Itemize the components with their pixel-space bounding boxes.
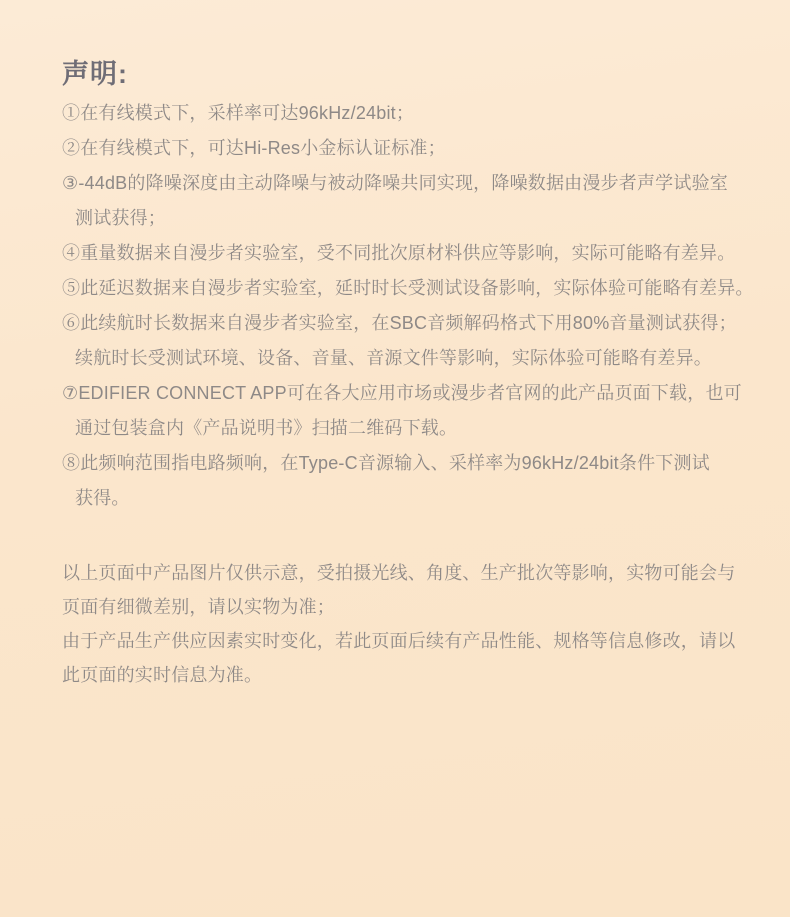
statement-item-7-line-1: ⑦EDIFIER CONNECT APP可在各大应用市场或漫步者官网的此产品页面…: [62, 376, 732, 411]
statement-item-3-line-2: 测试获得；: [62, 201, 732, 236]
statement-item-2-line-1: ②在有线模式下，可达Hi-Res小金标认证标准；: [62, 131, 732, 166]
statement-item-8: ⑧此频响范围指电路频响，在Type-C音源输入、采样率为96kHz/24bit条…: [62, 446, 732, 516]
statement-list: ①在有线模式下，采样率可达96kHz/24bit； ②在有线模式下，可达Hi-R…: [62, 96, 732, 516]
statement-item-5-line-1: ⑤此延迟数据来自漫步者实验室，延时时长受测试设备影响，实际体验可能略有差异。: [62, 271, 732, 306]
statement-item-1: ①在有线模式下，采样率可达96kHz/24bit；: [62, 96, 732, 131]
footer-paragraph-2-line-2: 此页面的实时信息为准。: [62, 658, 732, 692]
statement-item-7-line-2: 通过包装盒内《产品说明书》扫描二维码下载。: [62, 411, 732, 446]
footer-disclaimer: 以上页面中产品图片仅供示意，受拍摄光线、角度、生产批次等影响，实物可能会与 页面…: [62, 556, 732, 692]
footer-paragraph-2: 由于产品生产供应因素实时变化，若此页面后续有产品性能、规格等信息修改，请以 此页…: [62, 624, 732, 692]
statement-item-8-line-2: 获得。: [62, 481, 732, 516]
statement-item-6-line-1: ⑥此续航时长数据来自漫步者实验室，在SBC音频解码格式下用80%音量测试获得；: [62, 306, 732, 341]
statement-heading: 声明:: [62, 57, 732, 92]
footer-paragraph-1-line-1: 以上页面中产品图片仅供示意，受拍摄光线、角度、生产批次等影响，实物可能会与: [62, 556, 732, 590]
disclaimer-page: 声明: ①在有线模式下，采样率可达96kHz/24bit； ②在有线模式下，可达…: [0, 0, 790, 917]
statement-item-4: ④重量数据来自漫步者实验室，受不同批次原材料供应等影响，实际可能略有差异。: [62, 236, 732, 271]
statement-item-8-line-1: ⑧此频响范围指电路频响，在Type-C音源输入、采样率为96kHz/24bit条…: [62, 446, 732, 481]
statement-item-3: ③-44dB的降噪深度由主动降噪与被动降噪共同实现，降噪数据由漫步者声学试验室 …: [62, 166, 732, 236]
statement-item-3-line-1: ③-44dB的降噪深度由主动降噪与被动降噪共同实现，降噪数据由漫步者声学试验室: [62, 166, 732, 201]
footer-paragraph-1: 以上页面中产品图片仅供示意，受拍摄光线、角度、生产批次等影响，实物可能会与 页面…: [62, 556, 732, 624]
statement-item-6-line-2: 续航时长受测试环境、设备、音量、音源文件等影响，实际体验可能略有差异。: [62, 341, 732, 376]
statement-item-4-line-1: ④重量数据来自漫步者实验室，受不同批次原材料供应等影响，实际可能略有差异。: [62, 236, 732, 271]
statement-item-6: ⑥此续航时长数据来自漫步者实验室，在SBC音频解码格式下用80%音量测试获得； …: [62, 306, 732, 376]
footer-paragraph-2-line-1: 由于产品生产供应因素实时变化，若此页面后续有产品性能、规格等信息修改，请以: [62, 624, 732, 658]
statement-item-2: ②在有线模式下，可达Hi-Res小金标认证标准；: [62, 131, 732, 166]
statement-item-5: ⑤此延迟数据来自漫步者实验室，延时时长受测试设备影响，实际体验可能略有差异。: [62, 271, 732, 306]
statement-item-1-line-1: ①在有线模式下，采样率可达96kHz/24bit；: [62, 96, 732, 131]
footer-paragraph-1-line-2: 页面有细微差别，请以实物为准；: [62, 590, 732, 624]
statement-item-7: ⑦EDIFIER CONNECT APP可在各大应用市场或漫步者官网的此产品页面…: [62, 376, 732, 446]
